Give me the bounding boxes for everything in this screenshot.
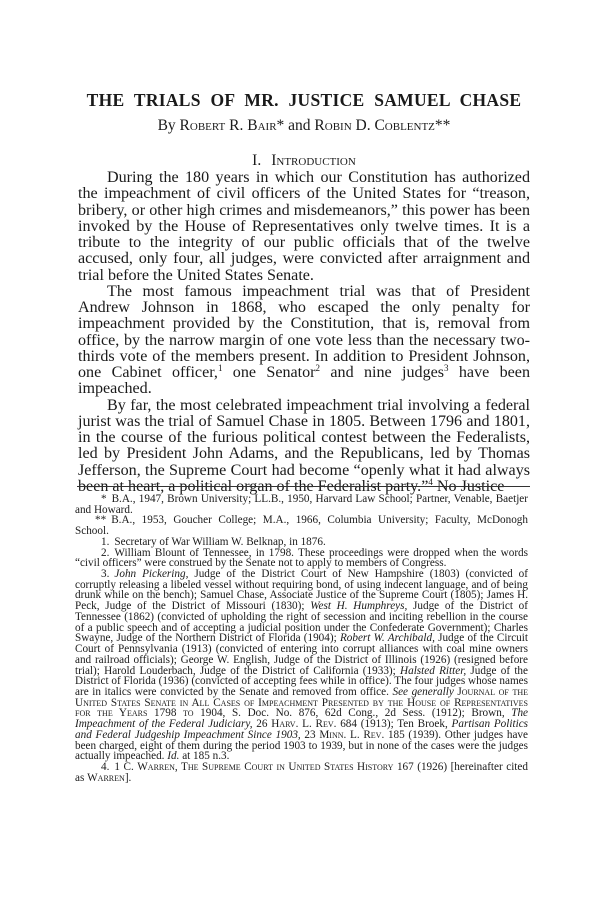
article-body: During the 180 years in which our Consti… (78, 170, 530, 495)
body-paragraph: By far, the most celebrated impeachment … (78, 398, 530, 496)
section-heading: I.Introduction (0, 152, 608, 170)
section-number: I. (252, 152, 261, 169)
author-2: Robin D. Coblentz (314, 117, 435, 134)
text-run: one Senator (222, 364, 315, 381)
small-caps-citation: Warren (87, 772, 125, 784)
text-run: William Blount of Tennessee, in 1798. Th… (75, 547, 528, 570)
body-paragraph: During the 180 years in which our Consti… (78, 170, 530, 284)
footnote: 3.John Pickering, Judge of the District … (75, 569, 528, 762)
byline: By Robert R. Bair* and Robin D. Coblentz… (0, 117, 608, 135)
small-caps-citation: Warren, The Supreme Court in United Stat… (137, 761, 393, 773)
section-title: Introduction (271, 152, 356, 169)
footnote-separator (77, 486, 530, 487)
text-run: B.A., 1947, Brown University; LL.B., 195… (75, 493, 528, 516)
byline-conjunction: and (288, 117, 310, 134)
text-run: During the 180 years in which our Consti… (78, 169, 530, 284)
author-1: Robert R. Bair (180, 117, 277, 134)
footnote: **B.A., 1953, Goucher College; M.A., 196… (75, 515, 528, 536)
footnote: *B.A., 1947, Brown University; LL.B., 19… (75, 494, 528, 515)
footnote: 4.1 C. Warren, The Supreme Court in Unit… (75, 762, 528, 783)
text-run: B.A., 1953, Goucher College; M.A., 1966,… (75, 514, 528, 537)
body-paragraph: The most famous impeachment trial was th… (78, 284, 530, 398)
author-2-footnote-mark[interactable]: ** (435, 117, 451, 134)
footnote: 2.William Blount of Tennessee, in 1798. … (75, 548, 528, 569)
article-title: THE TRIALS OF MR. JUSTICE SAMUEL CHASE (0, 90, 608, 111)
author-1-footnote-mark[interactable]: * (277, 117, 285, 134)
text-run: and nine judges (320, 364, 444, 381)
byline-prefix: By (158, 117, 176, 134)
text-run: ]. (125, 772, 132, 784)
footnotes: *B.A., 1947, Brown University; LL.B., 19… (75, 494, 528, 783)
